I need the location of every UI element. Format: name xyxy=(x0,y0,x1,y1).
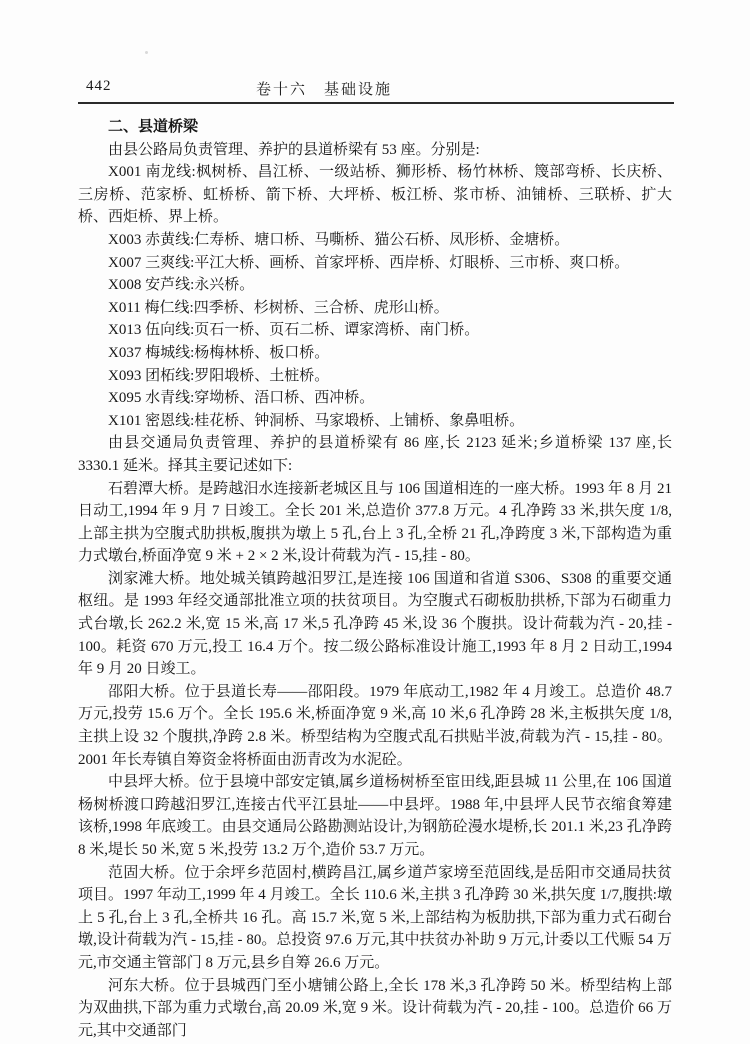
road-line-x095: X095 水青线:穿坳桥、浯口桥、西冲桥。 xyxy=(78,387,672,410)
scan-speckle xyxy=(145,51,148,54)
bridge-paragraph-fangu: 范固大桥。位于余坪乡范固村,横跨昌江,属乡道芦家塝至范固线,是岳阳市交通局扶贫项… xyxy=(78,862,672,975)
bridge-paragraph-shibitan: 石碧潭大桥。是跨越汨水连接新老城区且与 106 国道相连的一座大桥。1993 年… xyxy=(78,478,672,568)
bridge-paragraph-zhongxianping: 中县坪大桥。位于县境中部安定镇,属乡道杨树桥至宦田线,距县城 11 公里,在 1… xyxy=(78,771,672,861)
page-header: 442 卷十六 基础设施 xyxy=(78,76,672,100)
section-heading: 二、县道桥梁 xyxy=(78,116,672,139)
road-line-x001: X001 南龙线:枫树桥、昌江桥、一级站桥、狮形桥、杨竹林桥、篾部弯桥、长庆桥、… xyxy=(78,161,672,229)
page-number: 442 xyxy=(86,78,112,95)
bridge-paragraph-hedong: 河东大桥。位于县城西门至小塘铺公路上,全长 178 米,3 孔净跨 50 米。桥… xyxy=(78,975,672,1043)
road-line-x013: X013 伍向线:页石一桥、页石二桥、谭家湾桥、南门桥。 xyxy=(78,319,672,342)
bridge-paragraph-shaoyang: 邵阳大桥。位于县道长寿——邵阳段。1979 年底动工,1982 年 4 月竣工。… xyxy=(78,681,672,771)
road-line-x101: X101 密恩线:桂花桥、钟洞桥、马家塅桥、上铺桥、象鼻咀桥。 xyxy=(78,410,672,433)
volume-title: 卷十六 基础设施 xyxy=(174,78,474,99)
road-line-x008: X008 安芦线:永兴桥。 xyxy=(78,274,672,297)
township-bridges-intro: 由县交通局负责管理、养护的县道桥梁有 86 座,长 2123 延米;乡道桥梁 1… xyxy=(78,432,672,477)
road-line-x003: X003 赤黄线:仁寿桥、塘口桥、马嘶桥、猫公石桥、凤形桥、金塘桥。 xyxy=(78,229,672,252)
bridge-paragraph-liujiatan: 浏家滩大桥。地处城关镇跨越汨罗江,是连接 106 国道和省道 S306、S308… xyxy=(78,568,672,681)
county-bridges-intro: 由县公路局负责管理、养护的县道桥梁有 53 座。分别是: xyxy=(78,139,672,162)
road-line-x011: X011 梅仁线:四季桥、杉树桥、三合桥、虎形山桥。 xyxy=(78,297,672,320)
document-body: 二、县道桥梁 由县公路局负责管理、养护的县道桥梁有 53 座。分别是: X001… xyxy=(78,116,672,1042)
road-line-x007: X007 三爽线:平江大桥、画桥、首家坪桥、西岸桥、灯眼桥、三市桥、爽口桥。 xyxy=(78,252,672,275)
header-divider xyxy=(78,102,674,104)
scanned-document-page: 442 卷十六 基础设施 二、县道桥梁 由县公路局负责管理、养护的县道桥梁有 5… xyxy=(0,0,750,1044)
road-line-x093: X093 团柘线:罗阳塅桥、土桩桥。 xyxy=(78,365,672,388)
road-line-x037: X037 梅城线:杨梅林桥、板口桥。 xyxy=(78,342,672,365)
